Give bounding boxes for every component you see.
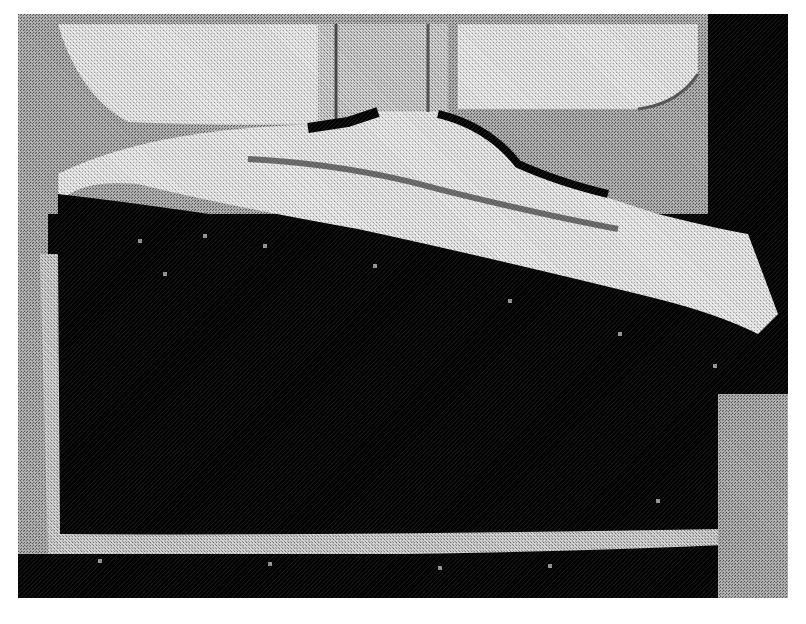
bed-photo: Dithered black-and-white photograph of a… <box>18 14 788 598</box>
right-pillow <box>458 24 698 109</box>
bed-illustration <box>18 14 788 598</box>
